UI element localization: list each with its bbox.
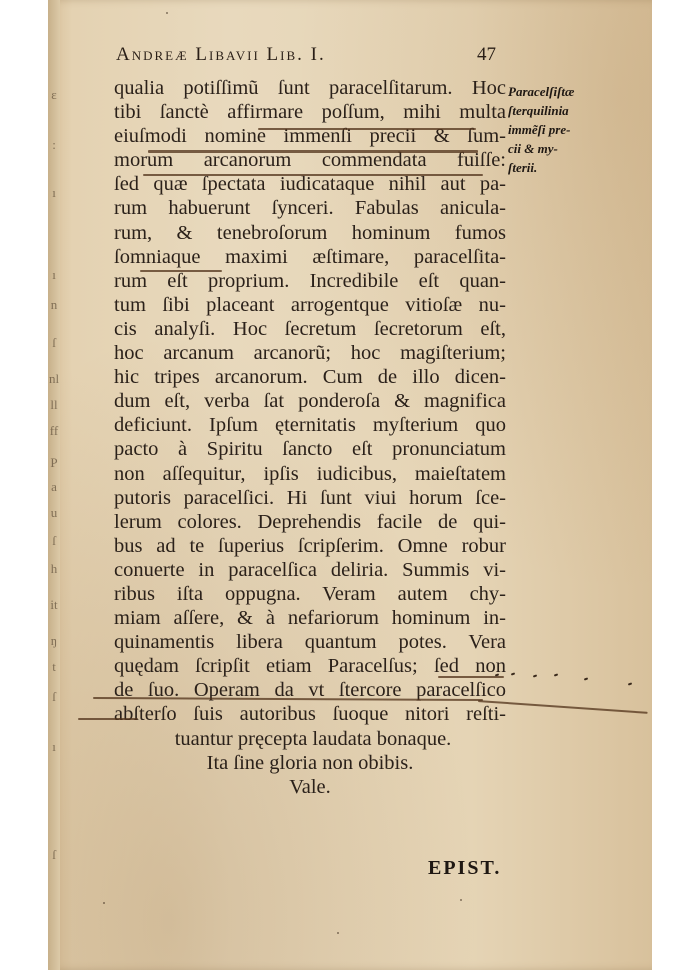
paper-speck <box>166 12 168 14</box>
text-line: cis analyſi. Hoc ſecretum ſecretorum eſt… <box>114 317 506 341</box>
marginal-note-line: ſterquilinia <box>508 101 618 120</box>
pen-underline <box>148 150 478 153</box>
bleed-through-mark: ſ <box>49 690 59 703</box>
marginal-note-line: ſterii. <box>508 158 618 177</box>
text-line: qualia potiſſimũ ſunt paracelſitarum. Ho… <box>114 76 506 100</box>
valediction: Vale. <box>114 775 506 799</box>
text-line: tuantur pręcepta laudata bonaque. <box>114 727 506 751</box>
text-line: hic tripes arcanorum. Cum de illo dicen- <box>114 365 506 389</box>
pen-dot <box>584 677 588 680</box>
bleed-through-mark: a <box>49 480 59 493</box>
catchword: EPIST. <box>428 857 501 880</box>
marginal-note: Paracelſiſtæ ſterquilinia immẽſi pre- ci… <box>508 82 618 177</box>
bleed-through-mark: ff <box>49 424 59 437</box>
bleed-through-mark: h <box>49 562 59 575</box>
bleed-through-mark: ı <box>49 268 59 281</box>
text-line: bus ad te ſuperius ſcripſerim. Omne robu… <box>114 534 506 558</box>
pen-underline <box>78 718 138 720</box>
bleed-through-mark: ſ <box>49 534 59 547</box>
pen-underline <box>143 174 483 176</box>
closing-line: Ita ſine gloria non obibis. <box>114 751 506 775</box>
bleed-through-mark: nl <box>49 372 59 385</box>
book-page: ɛ : ı ı n ſ nl ll ff P a u ſ h it ŋ t ſ … <box>48 0 652 970</box>
paper-speck <box>460 899 462 901</box>
text-line: conuerte in paracelſica deliria. Summis … <box>114 558 506 582</box>
text-line: non aſſequitur, ipſis iudicibus, maieſta… <box>114 462 506 486</box>
bleed-through-mark: it <box>49 598 59 611</box>
pen-dot <box>533 674 537 677</box>
text-line: rum habuerunt ſynceri. Fabulas anicula- <box>114 196 506 220</box>
text-line: abſterſo ſuis autoribus ſuoque nitori re… <box>114 702 506 726</box>
bleed-through-mark: ı <box>49 740 59 753</box>
bleed-through-mark: ı <box>49 186 59 199</box>
bleed-through-mark: u <box>49 506 59 519</box>
bleed-through-mark: P <box>49 456 59 469</box>
running-title: Andreæ Libavii Lib. I. <box>116 44 326 65</box>
text-line: quinamentis libera quantum potes. Vera <box>114 630 506 654</box>
page-number: 47 <box>477 44 496 66</box>
marginal-note-line: immẽſi pre- <box>508 120 618 139</box>
text-line: ſomniaque maximi æſtimare, paracelſita- <box>114 245 506 269</box>
text-line: rum eſt proprium. Incredibile eſt quan- <box>114 269 506 293</box>
bleed-through-mark: n <box>49 298 59 311</box>
text-line: putoris paracelſici. Hi ſunt viui horum … <box>114 486 506 510</box>
text-line: tum ſibi placeant arrogentque vitioſæ nu… <box>114 293 506 317</box>
marginal-note-line: cii & my- <box>508 139 618 158</box>
text-line: rum, & tenebroſorum hominum fumos <box>114 221 506 245</box>
bleed-through-mark: ŋ <box>49 634 59 647</box>
text-line: ribus iſta oppugna. Veram autem chy- <box>114 582 506 606</box>
body-text: qualia potiſſimũ ſunt paracelſitarum. Ho… <box>114 76 506 799</box>
running-header: Andreæ Libavii Lib. I. 47 <box>116 44 496 66</box>
pen-dot <box>628 682 632 685</box>
text-line: miam aſſere, & à nefariorum hominum in- <box>114 606 506 630</box>
pen-underline <box>258 128 476 130</box>
pen-dot <box>554 673 558 676</box>
bleed-through-mark: ɛ <box>49 88 59 101</box>
page-gutter: ɛ : ı ı n ſ nl ll ff P a u ſ h it ŋ t ſ … <box>48 0 60 970</box>
text-line: pacto à Spiritu ſancto eſt pronunciatum <box>114 437 506 461</box>
text-line: lerum colores. Deprehendis facile de qui… <box>114 510 506 534</box>
pen-underline <box>140 270 222 272</box>
pen-dot <box>511 672 515 675</box>
bleed-through-mark: ll <box>49 398 59 411</box>
pen-underline <box>438 676 504 678</box>
bleed-through-mark: : <box>49 138 59 151</box>
paper-speck <box>103 902 105 904</box>
text-line: deficiunt. Ipſum ęternitatis myſterium q… <box>114 413 506 437</box>
bleed-through-mark: t <box>49 660 59 673</box>
marginal-note-line: Paracelſiſtæ <box>508 82 618 101</box>
paper-speck <box>337 932 339 934</box>
text-line: hoc arcanum arcanorũ; hoc magiſterium; <box>114 341 506 365</box>
text-line: tibi ſanctè affirmare poſſum, mihi multa <box>114 100 506 124</box>
bleed-through-mark: ſ <box>49 848 59 861</box>
text-line: dum eſt, verba ſat ponderoſa & magnifica <box>114 389 506 413</box>
text-line: quędam ſcripſit etiam Paracelſus; ſed no… <box>114 654 506 678</box>
bleed-through-mark: ſ <box>49 336 59 349</box>
